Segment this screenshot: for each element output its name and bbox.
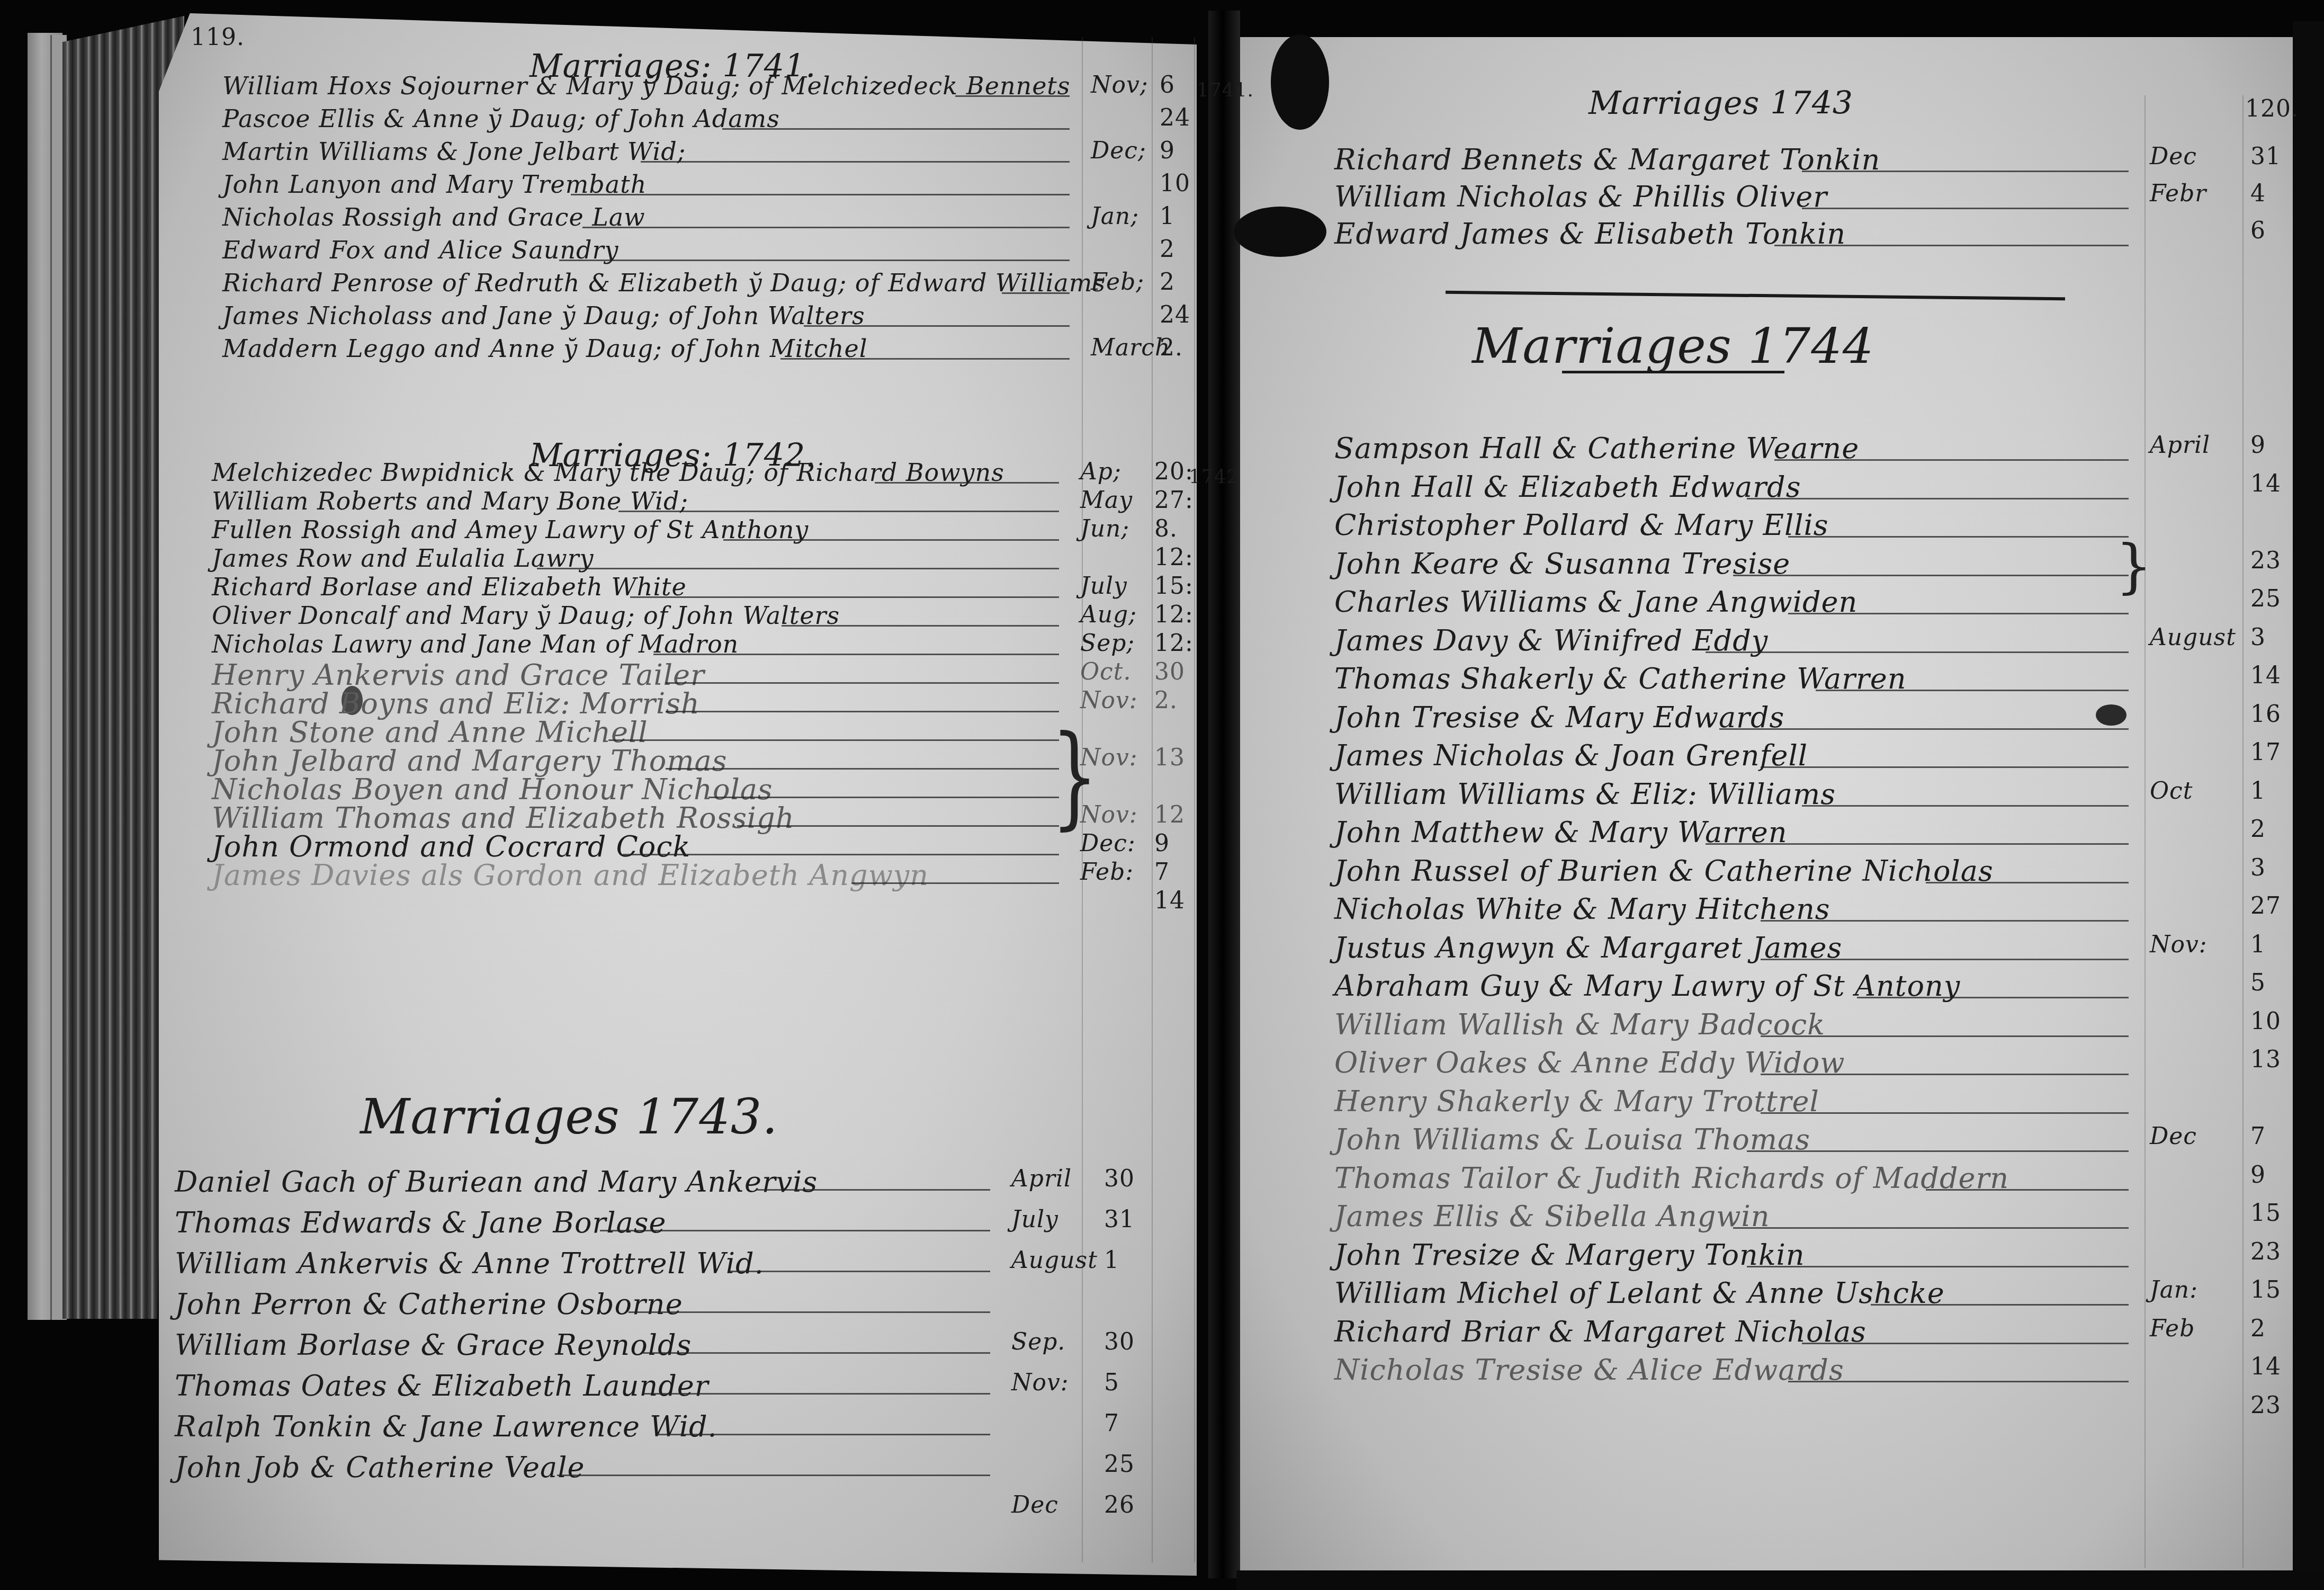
ink-blot xyxy=(1271,34,1329,130)
entry-month: Nov; xyxy=(1091,72,1148,99)
entry-day: 27 xyxy=(2250,892,2281,919)
fill-line xyxy=(1733,575,2129,576)
heading-underline xyxy=(1562,371,1784,373)
marriage-entry: Martin Williams & Jone Jelbart Wid; xyxy=(222,137,686,166)
fill-line xyxy=(1774,459,2129,461)
marriage-entry: Nicholas White & Mary Hitchens xyxy=(1334,892,1831,926)
entry-day: 7 xyxy=(1154,859,1170,886)
marriage-entry: John Tresize & Margery Tonkin xyxy=(1334,1238,1805,1272)
entry-day: 12: xyxy=(1154,630,1194,657)
fill-line xyxy=(653,654,1059,655)
entry-day: 7 xyxy=(2250,1123,2266,1150)
fill-line xyxy=(1926,882,2129,883)
entry-day: 9 xyxy=(2250,1162,2266,1189)
entry-day: 2 xyxy=(2250,816,2266,843)
entry-day: 2. xyxy=(1154,687,1178,714)
marriage-entry: Richard Borlase and Elizabeth White xyxy=(212,573,687,601)
fill-line xyxy=(1761,959,2129,960)
book-bottom-edge xyxy=(1236,1570,2324,1590)
section-heading: Marriages 1743. xyxy=(360,1088,778,1145)
marriage-entry: William Borlase & Grace Reynolds xyxy=(175,1328,692,1362)
fill-line xyxy=(1802,1343,2129,1344)
entry-month: Feb: xyxy=(1080,859,1134,886)
marriage-entry: John Russel of Burien & Catherine Nichol… xyxy=(1334,854,1994,888)
marriage-entry: William Nicholas & Phillis Oliver xyxy=(1334,180,1827,213)
marriage-entry: John Williams & Louisa Thomas xyxy=(1334,1123,1810,1156)
marriage-entry: James Davies als Gordon and Elizabeth An… xyxy=(212,859,929,892)
entry-month: July xyxy=(1080,573,1127,600)
fill-line xyxy=(666,711,1059,712)
entry-month: August xyxy=(1011,1247,1098,1274)
marriage-entry: Charles Williams & Jane Angwiden xyxy=(1334,585,1858,619)
fill-line xyxy=(643,1393,990,1395)
entry-day: 31 xyxy=(2250,143,2281,170)
entry-day: 13 xyxy=(1154,744,1185,771)
entry-day: 15 xyxy=(2250,1200,2281,1227)
fill-line xyxy=(804,325,1070,327)
fill-line xyxy=(1788,1381,2129,1382)
entry-month: Nov: xyxy=(2150,931,2208,958)
entry-day: 3 xyxy=(2250,624,2266,651)
ruling-line xyxy=(1152,37,1153,1562)
entry-day: 2. xyxy=(1160,334,1183,361)
entry-day: 14 xyxy=(2250,470,2281,497)
entry-month: July xyxy=(1011,1206,1058,1233)
marriage-entry: Henry Shakerly & Mary Trottrel xyxy=(1334,1085,1819,1118)
fill-line xyxy=(557,1475,990,1476)
entry-day: 1 xyxy=(2250,931,2266,958)
marriage-entry: Richard Bennets & Margaret Tonkin xyxy=(1334,143,1880,176)
marriage-entry: John Hall & Elizabeth Edwards xyxy=(1334,470,1801,504)
entry-day: 9 xyxy=(1154,830,1170,857)
fill-line xyxy=(1788,536,2129,538)
marriage-entry: John Perron & Catherine Osborne xyxy=(175,1288,683,1321)
entry-day: 7 xyxy=(1104,1410,1119,1437)
fill-line xyxy=(1706,843,2129,845)
marriage-entry: Christopher Pollard & Mary Ellis xyxy=(1334,508,1828,542)
entry-month: Febr xyxy=(2150,180,2206,207)
fill-line xyxy=(1747,498,2129,499)
section-heading: Marriages 1743 xyxy=(1589,85,1853,122)
entry-day: 10 xyxy=(1160,170,1190,197)
entry-month: Sep. xyxy=(1011,1328,1065,1355)
entry-day: 2 xyxy=(2250,1315,2266,1342)
entry-day: 5 xyxy=(1104,1369,1119,1396)
marriage-entry: Thomas Edwards & Jane Borlase xyxy=(175,1206,666,1239)
entry-day: 1 xyxy=(1104,1247,1119,1274)
entry-day: 30 xyxy=(1104,1328,1135,1355)
entry-day: 25 xyxy=(2250,585,2281,612)
entry-day: 8. xyxy=(1154,515,1178,542)
fill-line xyxy=(1761,1035,2129,1037)
fill-line xyxy=(851,882,1059,884)
marriage-entry: James Nicholas & Joan Grenfell xyxy=(1334,739,1808,772)
fill-line xyxy=(1761,1112,2129,1114)
ruling-line xyxy=(1194,37,1195,1562)
entry-month: Nov: xyxy=(1011,1369,1069,1396)
entry-month: Feb; xyxy=(1091,269,1144,296)
fill-line xyxy=(1802,208,2129,209)
marriage-entry: Oliver Doncalf and Mary y̆ Daug; of John… xyxy=(212,601,840,630)
fill-line xyxy=(1774,245,2129,246)
marriage-entry: John Tresise & Mary Edwards xyxy=(1334,701,1784,734)
fill-line xyxy=(629,1311,990,1313)
entry-day: 12: xyxy=(1154,601,1194,628)
entry-month: Oct. xyxy=(1080,658,1131,685)
marriage-entry: William Roberts and Mary Bone Wid; xyxy=(212,487,688,515)
entry-day: 3 xyxy=(2250,854,2266,881)
marriage-entry: James Nicholass and Jane y̆ Daug; of Joh… xyxy=(222,301,865,330)
fill-line xyxy=(608,739,1059,741)
fill-line xyxy=(623,854,1059,855)
section-heading: Marriages 1744 xyxy=(1472,318,1874,374)
fill-line xyxy=(643,1352,990,1354)
book-gutter xyxy=(1208,11,1240,1578)
entry-day: 14 xyxy=(2250,1353,2281,1380)
entry-month: Oct xyxy=(2150,778,2193,805)
fill-line xyxy=(1761,1074,2129,1075)
marriage-entry: William Michel of Lelant & Anne Ushcke xyxy=(1334,1276,1945,1310)
fill-line xyxy=(630,596,1059,598)
entry-day: 23 xyxy=(2250,1392,2281,1419)
marriage-entry: Nicholas Tresise & Alice Edwards xyxy=(1334,1353,1844,1387)
fill-line xyxy=(722,128,1070,130)
entry-month: Feb xyxy=(2150,1315,2195,1342)
fill-line xyxy=(729,1271,990,1272)
entry-day: 24 xyxy=(1160,301,1190,328)
entry-day: 13 xyxy=(2250,1046,2281,1073)
ink-blot xyxy=(1234,207,1326,257)
fill-line xyxy=(600,1230,990,1231)
fill-line xyxy=(1002,292,1070,294)
bracket-mark: } xyxy=(1051,712,1098,842)
marriage-entry: Nicholas Rossigh and Grace Law xyxy=(222,203,645,231)
marriage-entry: Daniel Gach of Buriean and Mary Ankervis xyxy=(175,1165,818,1199)
entry-month: Dec xyxy=(2150,143,2197,170)
fill-line xyxy=(723,539,1059,541)
entry-day: 2 xyxy=(1160,269,1175,296)
marriage-entry: Maddern Leggo and Anne y̆ Daug; of John … xyxy=(222,334,867,363)
fill-line xyxy=(641,161,1070,163)
entry-day: 26 xyxy=(1104,1491,1135,1518)
entry-day: 1 xyxy=(1160,203,1175,230)
fill-line xyxy=(757,1189,990,1191)
fill-line xyxy=(582,227,1070,228)
entry-month: April xyxy=(1011,1165,1072,1192)
entry-day: 30 xyxy=(1154,658,1185,685)
entry-month: Sep; xyxy=(1080,630,1135,657)
marriage-entry: William Williams & Eliz: Williams xyxy=(1334,778,1836,811)
margin-year: 1742 xyxy=(1189,466,1240,488)
marriage-entry: Fullen Rossigh and Amey Lawry of St Anth… xyxy=(212,515,809,544)
fill-line xyxy=(782,625,1059,627)
entry-month: Jan; xyxy=(1091,203,1139,230)
fill-line xyxy=(559,260,1070,261)
marriage-entry: Thomas Oates & Elizabeth Launder xyxy=(175,1369,709,1403)
bracket-mark: } xyxy=(2115,532,2152,600)
fill-line xyxy=(1747,1266,2129,1267)
entry-day: 24 xyxy=(1160,104,1190,131)
fill-line xyxy=(618,511,1059,512)
fill-line xyxy=(708,797,1059,798)
entry-month: April xyxy=(2150,432,2210,459)
fill-line xyxy=(875,482,1059,484)
entry-month: Aug; xyxy=(1080,601,1137,628)
marriage-entry: John Keare & Susanna Tresise xyxy=(1334,547,1790,580)
entry-day: 31 xyxy=(1104,1206,1135,1233)
marriage-entry: William Ankervis & Anne Trottrell Wid. xyxy=(175,1247,764,1280)
marriage-entry: Ralph Tonkin & Jane Lawrence Wid. xyxy=(175,1410,717,1443)
entry-day: 12 xyxy=(1154,801,1185,828)
ink-blot xyxy=(2096,704,2126,726)
marriage-entry: Richard Penrose of Redruth & Elizabeth y… xyxy=(222,269,1106,297)
marriage-entry: Thomas Tailor & Judith Richards of Madde… xyxy=(1334,1162,2009,1195)
entry-day: 30 xyxy=(1104,1165,1135,1192)
fill-line xyxy=(780,358,1070,360)
entry-day: 12: xyxy=(1154,544,1194,571)
entry-day: 23 xyxy=(2250,1238,2281,1265)
entry-day: 2 xyxy=(1160,236,1175,263)
marriage-entry: James Davy & Winifred Eddy xyxy=(1334,624,1768,657)
marriage-entry: Richard Briar & Margaret Nicholas xyxy=(1334,1315,1867,1348)
entry-day: 4 xyxy=(2250,180,2266,207)
entry-month: Jun; xyxy=(1080,515,1129,542)
entry-day: 23 xyxy=(2250,547,2281,574)
fill-line xyxy=(1857,997,2129,998)
register-book: 119. Marriages: 1741.1741.William Hoxs S… xyxy=(0,0,2324,1590)
entry-day: 15 xyxy=(2250,1276,2281,1303)
entry-day: 20: xyxy=(1154,458,1194,485)
entry-day: 27: xyxy=(1154,487,1194,514)
marriage-entry: Pascoe Ellis & Anne y̆ Daug; of John Ada… xyxy=(222,104,780,133)
right-page-number: 120. xyxy=(2245,95,2299,122)
margin-year: 1741. xyxy=(1197,79,1254,101)
entry-day: 14 xyxy=(1154,887,1185,914)
marriage-entry: William Hoxs Sojourner & Mary y̆ Daug; o… xyxy=(222,72,1070,100)
fill-line xyxy=(1761,766,2129,768)
marriage-entry: William Wallish & Mary Badcock xyxy=(1334,1008,1825,1041)
entry-month: Dec; xyxy=(1091,137,1146,164)
entry-day: 17 xyxy=(2250,739,2281,766)
fill-line xyxy=(537,568,1059,569)
entry-month: Ap; xyxy=(1080,458,1121,485)
fill-line xyxy=(737,825,1059,827)
fill-line xyxy=(1802,805,2129,807)
entry-day: 16 xyxy=(2250,701,2281,728)
fill-line xyxy=(1733,1227,2129,1229)
fill-line xyxy=(571,194,1070,195)
marriage-entry: John Job & Catherine Veale xyxy=(175,1451,585,1484)
entry-day: 9 xyxy=(1160,137,1175,164)
fill-line xyxy=(1788,613,2129,614)
entry-day: 5 xyxy=(2250,969,2266,996)
entry-day: 6 xyxy=(1160,72,1175,99)
entry-month: Dec xyxy=(2150,1123,2197,1150)
entry-day: 25 xyxy=(1104,1451,1135,1478)
fill-line xyxy=(1761,920,2129,922)
entry-day: 9 xyxy=(2250,432,2266,459)
fill-line xyxy=(1719,728,2129,730)
entry-month: August xyxy=(2150,624,2236,651)
ruling-line xyxy=(2144,95,2146,1568)
fill-line xyxy=(1816,690,2129,691)
fill-line xyxy=(666,768,1059,770)
ruling-line xyxy=(2242,95,2244,1568)
entry-month: Dec xyxy=(1011,1491,1058,1518)
entry-month: March xyxy=(1091,334,1170,361)
fill-line xyxy=(1706,651,2129,653)
marriage-entry: Edward James & Elisabeth Tonkin xyxy=(1334,217,1846,251)
entry-month: May xyxy=(1080,487,1133,514)
fill-line xyxy=(1871,1304,2129,1306)
entry-day: 1 xyxy=(2250,778,2266,805)
entry-month: Nov: xyxy=(1080,687,1138,714)
fill-line xyxy=(1747,1150,2129,1152)
book-right-edge xyxy=(2293,21,2324,1590)
entry-day: 6 xyxy=(2250,217,2266,244)
entry-day: 14 xyxy=(2250,662,2281,689)
fill-line xyxy=(666,682,1059,684)
fill-line xyxy=(1802,171,2129,172)
marriage-entry: James Ellis & Sibella Angwin xyxy=(1334,1200,1770,1233)
fill-line xyxy=(955,95,1070,97)
entry-day: 10 xyxy=(2250,1008,2281,1035)
fill-line xyxy=(1926,1189,2129,1191)
left-page-number: 119. xyxy=(191,24,245,51)
entry-month: Jan: xyxy=(2150,1276,2198,1303)
fill-line xyxy=(657,1434,990,1435)
entry-day: 15: xyxy=(1154,573,1194,600)
